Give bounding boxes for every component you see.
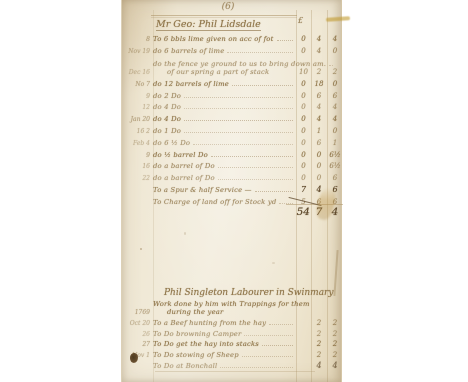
row-amounts: 7 4 6: [296, 185, 343, 194]
ledger-row: Jan 20 do 4 Do 0 4 4: [122, 111, 343, 123]
amount-pounds: 0: [296, 151, 311, 159]
amount-pounds: 0: [296, 35, 311, 43]
amount-shillings: 4: [311, 361, 327, 370]
section-2: Phil Singleton Labourer in Swinmary 1769…: [122, 288, 343, 370]
row-date: Nov 19: [122, 48, 153, 55]
total-pounds: 54: [282, 206, 310, 218]
ledger-row: Oct 20 To a Beef hunting from the hay 2 …: [122, 316, 343, 327]
row-body: To Do get the hay into stacks: [153, 340, 296, 348]
row-amounts: 0 6 1: [296, 139, 343, 147]
amount-pence: 2: [327, 330, 343, 338]
row-date: 26: [122, 331, 153, 338]
row-description: do 2 Do: [153, 92, 181, 100]
amount-pence: 0: [327, 47, 343, 55]
row-date: 12: [122, 104, 153, 111]
row-amounts: 0 4 4: [296, 103, 343, 111]
ledger-row: 9 do ½ barrel Do 0 0 6½: [122, 147, 343, 159]
ledger-row: Nov 19 do 6 barrels of lime 0 4 0: [122, 43, 343, 55]
amount-pence: 6½: [327, 162, 343, 170]
amount-pounds: 0: [296, 162, 311, 170]
row-date: 9: [122, 152, 153, 159]
amount-pence: 2: [327, 319, 343, 327]
row-body: To 6 bbls lime given on acc of fot: [153, 35, 296, 43]
row-description: To Do at Bonchall: [153, 362, 217, 370]
ledger-row: 8 To 6 bbls lime given on acc of fot 0 4…: [122, 31, 343, 43]
ledger-row: No 7 do 12 barrels of lime 0 18 0: [122, 76, 343, 88]
row-amounts: 0 4 0: [296, 47, 343, 55]
row-dotted-leader: [193, 144, 293, 145]
ledger-row: 16 2 do 1 Do 0 1 0: [122, 123, 343, 135]
ledger-row: 9 do 2 Do 0 6 6: [122, 88, 343, 100]
row-description: To Do get the hay into stacks: [153, 340, 259, 348]
row-description: do a barrel of Do: [153, 162, 215, 170]
ledger-row: 1769 Work done by him with Trappings for…: [122, 298, 343, 316]
paper: (6) £ Mr Geo: Phil Lidsdale 8 To 6 bbls …: [121, 0, 342, 382]
amount-pounds: 0: [296, 103, 311, 111]
amount-shillings: 4: [311, 35, 327, 43]
amount-shillings: 0: [311, 174, 327, 182]
row-amounts: 2 2: [296, 351, 343, 359]
row-description: To Do browning Camper: [153, 330, 241, 338]
amount-pence: 2: [327, 351, 343, 359]
section-1-title-text: Mr Geo: Phil Lidsdale: [156, 20, 261, 31]
amount-pounds: 0: [296, 92, 311, 100]
row-description: To a Spur & half Service —: [153, 186, 252, 194]
row-amounts: 10 2 2: [296, 68, 343, 76]
paper-speck: [140, 248, 142, 250]
row-date: Jan 20: [122, 116, 153, 123]
amount-pence: 4: [327, 103, 343, 111]
row-body: Work done by him with Trappings for them…: [153, 300, 296, 316]
row-date: Dec 16: [122, 69, 153, 76]
amount-pounds: 0: [296, 80, 311, 88]
row-body: To a Spur & half Service —: [153, 186, 296, 194]
row-description: To Charge of land off for Stock yd: [153, 198, 276, 206]
row-dotted-leader: [184, 108, 293, 109]
amount-pence: 1: [327, 139, 343, 147]
row-body: do 12 barrels of lime: [153, 80, 296, 88]
row-dotted-leader: [184, 120, 293, 121]
row-body: do 4 Do: [153, 103, 296, 111]
row-amounts: 0 1 0: [296, 127, 343, 135]
row-body: do ½ barrel Do: [153, 151, 296, 159]
ledger-row: To a Spur & half Service — 7 4 6: [122, 182, 343, 194]
amount-pence: 2: [327, 68, 343, 76]
row-dotted-leader: [218, 179, 293, 180]
row-dotted-leader: [277, 40, 293, 41]
row-description: To 6 bbls lime given on acc of fot: [153, 35, 274, 43]
amount-pence: 0: [327, 80, 343, 88]
row-amounts: 2 2: [296, 330, 343, 338]
row-date: Feb 4: [122, 140, 153, 147]
row-description: Work done by him with Trappings for them: [153, 300, 310, 308]
section-1-title: Mr Geo: Phil Lidsdale: [122, 19, 343, 31]
amount-shillings: 0: [311, 162, 327, 170]
row-date: 22: [122, 175, 153, 182]
page-number: (6): [210, 2, 246, 12]
amount-shillings: 2: [311, 68, 327, 76]
amount-pounds: 0: [296, 47, 311, 55]
row-body: do 4 Do: [153, 115, 296, 123]
row-amounts: 0 4 4: [296, 115, 343, 123]
row-amounts: 0 6 6: [296, 92, 343, 100]
ledger-row: 16 do a barrel of Do 0 0 6½: [122, 159, 343, 171]
row-date: 16: [122, 163, 153, 170]
row-description: To Do stowing of Sheep: [153, 351, 239, 359]
paper-speck: [272, 262, 275, 264]
row-dotted-leader: [255, 191, 293, 192]
section-1: Mr Geo: Phil Lidsdale 8 To 6 bbls lime g…: [122, 19, 343, 206]
row-date: Oct 20: [122, 320, 153, 327]
row-dotted-leader: [220, 367, 293, 368]
row-dotted-leader: [184, 132, 293, 133]
row-description: do the fence ye ground to us to bring do…: [153, 60, 326, 68]
row-body: do the fence ye ground to us to bring do…: [153, 60, 296, 76]
ledger-row: Dec 16 do the fence ye ground to us to b…: [122, 55, 343, 76]
amount-pounds: 10: [296, 68, 311, 76]
row-dotted-leader: [329, 65, 333, 66]
row-dotted-leader: [269, 324, 293, 325]
scanned-ledger-page: (6) £ Mr Geo: Phil Lidsdale 8 To 6 bbls …: [0, 0, 468, 382]
row-amounts: 0 0 6½: [296, 162, 343, 170]
amount-shillings: 4: [311, 47, 327, 55]
amount-pence: 4: [327, 361, 343, 370]
row-description: To a Beef hunting from the hay: [153, 319, 266, 327]
row-date: 8: [122, 36, 153, 43]
section-2-rows: 1769 Work done by him with Trappings for…: [122, 298, 343, 370]
row-amounts: 0 4 4: [296, 35, 343, 43]
section-2-title-text: Phil Singleton Labourer in Swinmary: [164, 288, 333, 298]
amount-shillings: 2: [311, 340, 327, 348]
row-dotted-leader: [232, 85, 293, 86]
row-description: do 12 barrels of lime: [153, 80, 229, 88]
row-date: No 7: [122, 81, 153, 88]
row-amounts: 2 2: [296, 319, 343, 327]
row-body: To Do stowing of Sheep: [153, 351, 296, 359]
row-dotted-leader: [218, 167, 293, 168]
bottom-rule: [155, 371, 315, 372]
row-amounts: 2 2: [296, 340, 343, 348]
ledger-row: 26 To Do browning Camper 2 2: [122, 327, 343, 338]
amount-pence: 6: [327, 174, 343, 182]
row-amounts: 0 0 6: [296, 174, 343, 182]
row-dotted-leader: [242, 356, 293, 357]
amount-pence: 2: [327, 340, 343, 348]
amount-pence: 0: [327, 127, 343, 135]
section-2-title: Phil Singleton Labourer in Swinmary: [122, 288, 343, 298]
header-rule-2: [151, 17, 297, 18]
total-row: 54 7 4: [122, 206, 343, 220]
row-description: do 4 Do: [153, 115, 181, 123]
row-dotted-leader: [244, 335, 293, 336]
ledger-row: To Do at Bonchall 4 4: [122, 359, 343, 370]
row-description: do 4 Do: [153, 103, 181, 111]
amount-shillings: 1: [311, 127, 327, 135]
amount-shillings: 6: [311, 92, 327, 100]
amount-pounds: 0: [296, 115, 311, 123]
ledger-row: Nov 1 To Do stowing of Sheep 2 2: [122, 348, 343, 359]
row-date: 27: [122, 341, 153, 348]
row-description: do 6 barrels of lime: [153, 47, 224, 55]
amount-shillings: 0: [311, 151, 327, 159]
row-description: do 1 Do: [153, 127, 181, 135]
row-date: 1769: [122, 309, 153, 316]
amount-shillings: 6: [311, 139, 327, 147]
amount-pence: 6½: [327, 151, 343, 159]
row-amounts: 0 0 6½: [296, 151, 343, 159]
row-amounts: 4 4: [296, 361, 343, 370]
ledger-row: 22 do a barrel of Do 0 0 6: [122, 170, 343, 182]
row-description: do 6 ½ Do: [153, 139, 190, 147]
row-body: To Charge of land off for Stock yd: [153, 198, 296, 206]
amount-shillings: 4: [311, 103, 327, 111]
row-dotted-leader: [227, 52, 293, 53]
row-dotted-leader: [184, 97, 293, 98]
ledger-row: Feb 4 do 6 ½ Do 0 6 1: [122, 135, 343, 147]
amount-shillings: 2: [311, 330, 327, 338]
row-description: do ½ barrel Do: [153, 151, 208, 159]
header-rule: [151, 15, 297, 16]
row-date: 9: [122, 93, 153, 100]
row-body: To a Beef hunting from the hay: [153, 319, 296, 327]
amount-pence: 6: [327, 92, 343, 100]
row-description: do a barrel of Do: [153, 174, 215, 182]
amount-pounds: 0: [296, 139, 311, 147]
amount-pounds: 7: [296, 185, 311, 194]
amount-shillings: 18: [311, 80, 327, 88]
row-body: To Do at Bonchall: [153, 362, 296, 370]
row-body: do 1 Do: [153, 127, 296, 135]
row-body: do 2 Do: [153, 92, 296, 100]
amount-shillings: 4: [311, 115, 327, 123]
row-date: 16 2: [122, 128, 153, 135]
yellow-smudge-stain: [326, 16, 350, 22]
row-description-line2: during the year: [153, 308, 296, 316]
amount-pence: 4: [327, 115, 343, 123]
row-body: do 6 ½ Do: [153, 139, 296, 147]
row-dotted-leader: [211, 156, 293, 157]
ledger-row: 12 do 4 Do 0 4 4: [122, 100, 343, 112]
row-dotted-leader: [262, 345, 293, 346]
section-1-rows: 8 To 6 bbls lime given on acc of fot 0 4…: [122, 31, 343, 205]
row-description-line2: of our spring a part of stack: [153, 68, 296, 76]
paper-speck: [184, 232, 186, 235]
row-body: do 6 barrels of lime: [153, 47, 296, 55]
row-body: do a barrel of Do: [153, 174, 296, 182]
amount-pounds: 0: [296, 174, 311, 182]
amount-shillings: 2: [311, 351, 327, 359]
amount-pounds: 0: [296, 127, 311, 135]
row-body: do a barrel of Do: [153, 162, 296, 170]
row-body: To Do browning Camper: [153, 330, 296, 338]
amount-shillings: 2: [311, 319, 327, 327]
amount-pence: 4: [327, 35, 343, 43]
row-amounts: 0 18 0: [296, 80, 343, 88]
ledger-row: 27 To Do get the hay into stacks 2 2: [122, 338, 343, 349]
